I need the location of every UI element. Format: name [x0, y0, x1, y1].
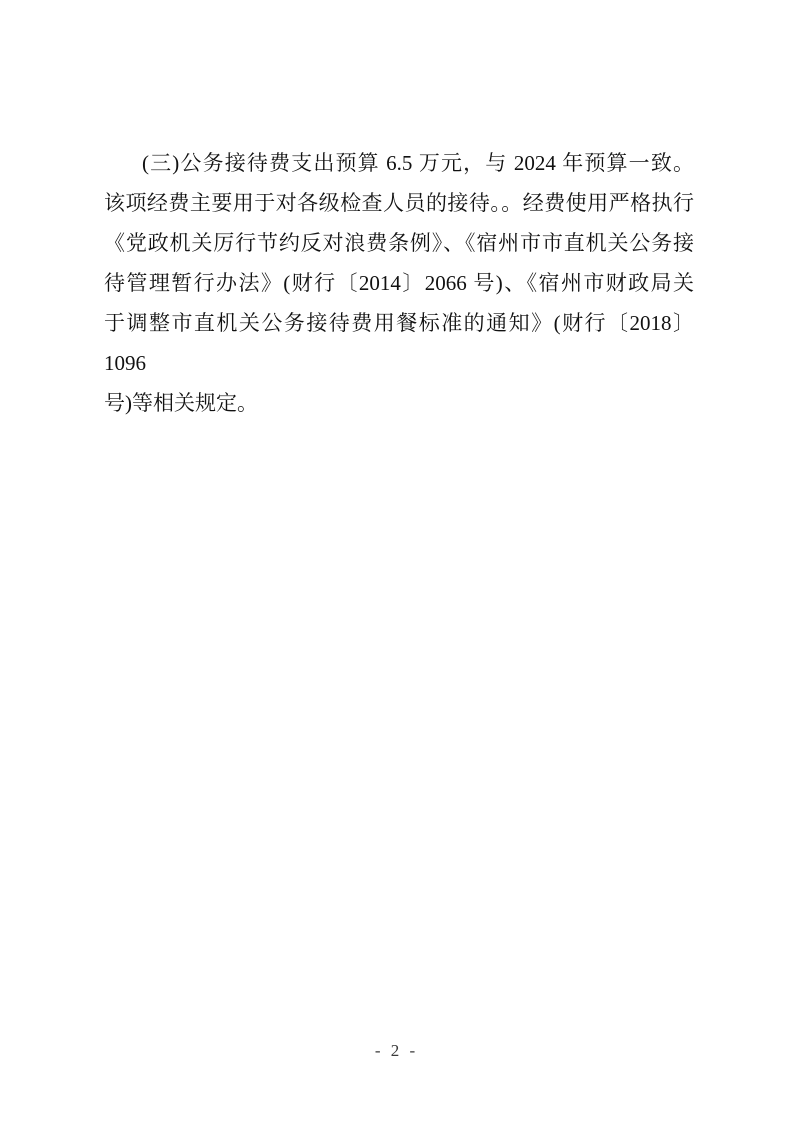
paragraph-line: 于调整市直机关公务接待费用餐标准的通知》(财行〔2018〕1096: [104, 303, 694, 383]
paragraph-line: 该项经费主要用于对各级检查人员的接待。。经费使用严格执行: [104, 183, 694, 223]
paragraph-line: 号)等相关规定。: [104, 383, 694, 423]
document-page: (三)公务接待费支出预算 6.5 万元，与 2024 年预算一致。 该项经费主要…: [0, 0, 793, 1122]
paragraph-line: 《党政机关厉行节约反对浪费条例》、《宿州市市直机关公务接: [104, 223, 694, 263]
paragraph-line: 待管理暂行办法》(财行〔2014〕2066 号)、《宿州市财政局关: [104, 263, 694, 303]
paragraph-budget-reception: (三)公务接待费支出预算 6.5 万元，与 2024 年预算一致。 该项经费主要…: [104, 143, 694, 423]
page-number: - 2 -: [0, 1040, 793, 1062]
paragraph-line: (三)公务接待费支出预算 6.5 万元，与 2024 年预算一致。: [104, 143, 694, 183]
